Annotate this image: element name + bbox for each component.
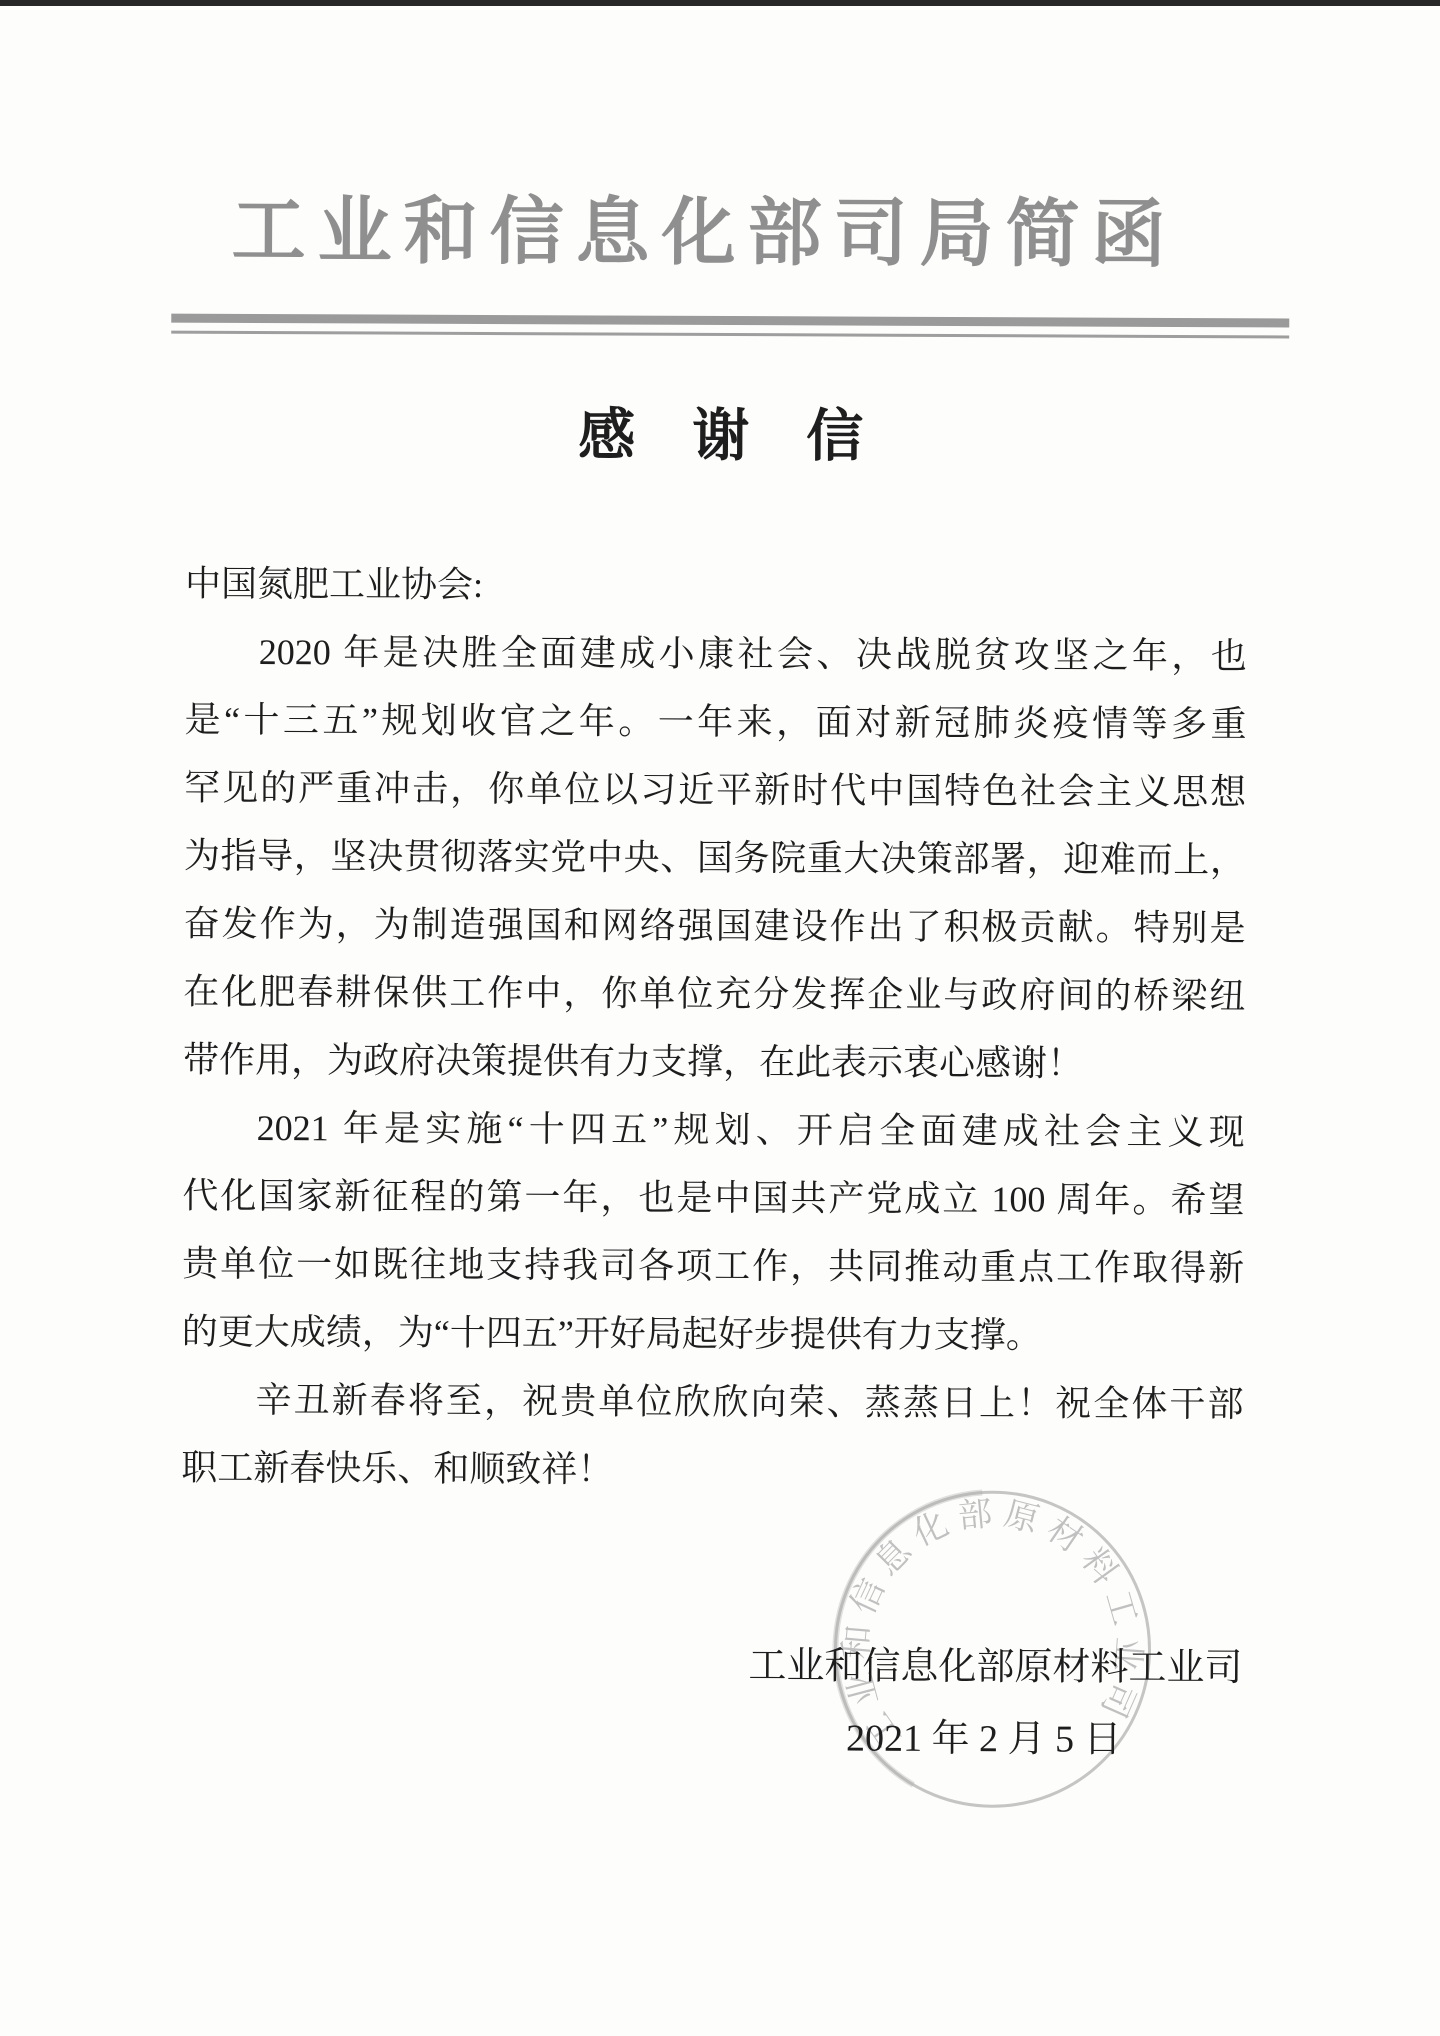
body-line: 代化国家新征程的第一年，也是中国共产党成立 100 周年。希望	[182, 1162, 1244, 1235]
body-line: 2021 年是实施“十四五”规划、开启全面建成社会主义现	[183, 1094, 1245, 1167]
letter-page: 工业和信息化部司局简函 感谢信 中国氮肥工业协会: 2020 年是决胜全面建成小…	[0, 0, 1440, 2036]
body-line: 为指导，坚决贯彻落实党中央、国务院重大决策部署，迎难而上，	[184, 822, 1246, 895]
salutation: 中国氮肥工业协会:	[185, 550, 1247, 623]
signature-date: 2021 年 2 月 5 日	[846, 1713, 1122, 1766]
body-line: 罕见的严重冲击，你单位以习近平新时代中国特色社会主义思想	[184, 754, 1246, 827]
body-line: 奋发作为，为制造强国和网络强国建设作出了积极贡献。特别是	[183, 890, 1245, 963]
letter-title: 感谢信	[1, 397, 1440, 477]
letterhead-double-rule	[171, 314, 1289, 339]
body-line: 在化肥春耕保供工作中，你单位充分发挥企业与政府间的桥梁纽	[183, 958, 1245, 1031]
paragraphs: 2020 年是决胜全面建成小康社会、决战脱贫攻坚之年，也是“十三五”规划收官之年…	[181, 618, 1247, 1507]
letter-body: 中国氮肥工业协会: 2020 年是决胜全面建成小康社会、决战脱贫攻坚之年，也是“…	[181, 550, 1247, 1507]
body-line: 辛丑新春将至，祝贵单位欣欣向荣、蒸蒸日上！祝全体干部	[181, 1366, 1243, 1439]
body-line: 带作用，为政府决策提供有力支撑，在此表示衷心感谢！	[183, 1026, 1245, 1099]
body-line: 的更大成绩，为“十四五”开好局起好步提供有力支撑。	[182, 1298, 1244, 1371]
body-line: 贵单位一如既往地支持我司各项工作，共同推动重点工作取得新	[182, 1230, 1244, 1303]
body-line: 是“十三五”规划收官之年。一年来，面对新冠肺炎疫情等多重	[184, 686, 1246, 759]
letterhead-title: 工业和信息化部司局简函	[1, 181, 1440, 287]
body-line: 2020 年是决胜全面建成小康社会、决战脱贫攻坚之年，也	[185, 618, 1247, 691]
signature-org: 工业和信息化部原材料工业司	[748, 1640, 1242, 1694]
